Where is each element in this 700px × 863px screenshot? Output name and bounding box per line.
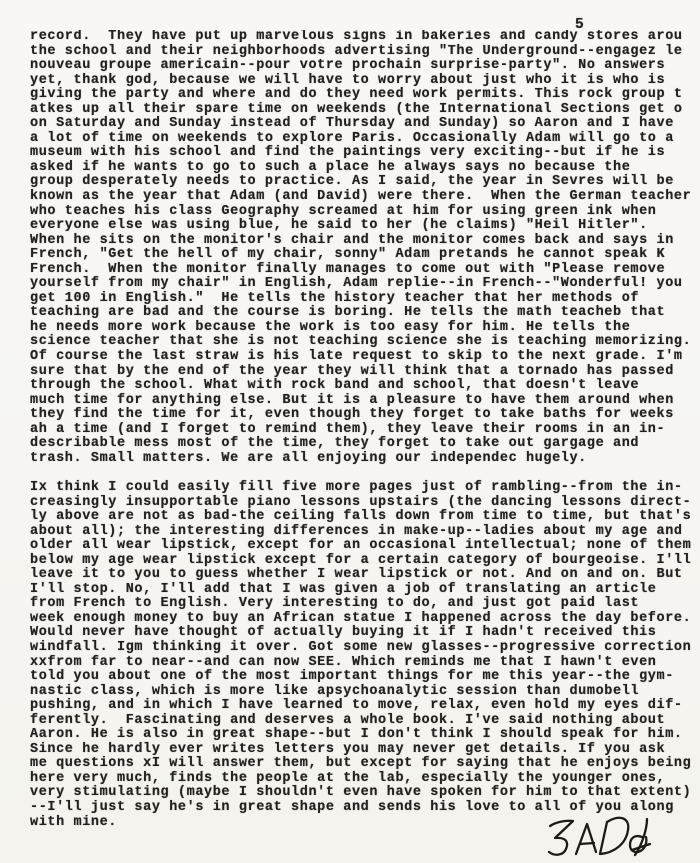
text-line: older all wear lipstick, except for an o… (30, 539, 700, 554)
text-line: record. They have put up marvelous signs… (30, 30, 700, 45)
text-line: French, "Get the hell of my chair, sonny… (30, 248, 700, 263)
paragraph: Ix think I could easily fill five more p… (30, 481, 700, 830)
text-line: known as the year that Adam (and David) … (30, 190, 700, 205)
text-line: nastic class, which is more like apsycho… (30, 685, 700, 700)
text-line: ly above are not as bad-the ceiling fall… (30, 510, 700, 525)
text-line: museum with his school and find the pain… (30, 146, 700, 161)
signature-scrawl (546, 811, 652, 858)
text-line: windfall. Igm thinking it over. Got some… (30, 641, 700, 656)
text-line: describable mess most of the time, they … (30, 437, 700, 452)
text-line: the school and their neighborhoods adver… (30, 45, 700, 60)
text-line: science teacher that she is not teaching… (30, 335, 700, 350)
text-line: teaching are bad and the course is borin… (30, 306, 700, 321)
paragraph: record. They have put up marvelous signs… (30, 30, 700, 466)
text-line: giving the party and where and do they n… (30, 88, 700, 103)
text-line: Of course the last straw is his late req… (30, 350, 700, 365)
letter-page: 5 record. They have put up marvelous sig… (0, 0, 700, 863)
text-line: Ix think I could easily fill five more p… (30, 481, 700, 496)
text-line: Would never have thought of actually buy… (30, 626, 700, 641)
text-line: yet, thank god, because we will have to … (30, 74, 700, 89)
text-line: yourself from my chair" in English, Adam… (30, 277, 700, 292)
text-line: trash. Small matters. We are all enjoyin… (30, 452, 700, 467)
text-line: leave it to you to guess whether I wear … (30, 568, 700, 583)
text-line: very stimulating (maybe I shouldn't even… (30, 786, 700, 801)
text-line: told you about one of the most important… (30, 670, 700, 685)
text-line: they find the time for it, even though t… (30, 408, 700, 423)
text-line: pushing, and in which I have learned to … (30, 699, 700, 714)
text-line: on Saturday and Sunday instead of Thursd… (30, 117, 700, 132)
text-line: everyone else was using blue, he said to… (30, 219, 700, 234)
text-line: nouveau groupe americain--pour votre pro… (30, 59, 700, 74)
text-line: who teaches his class Geography screamed… (30, 205, 700, 220)
text-line: me questions xI will answer them, but ex… (30, 757, 700, 772)
text-line: Aaron. He is also in great shape--but I … (30, 728, 700, 743)
text-line: through the school. What with rock band … (30, 379, 700, 394)
text-line: from French to English. Very interesting… (30, 597, 700, 612)
letter-body: record. They have put up marvelous signs… (30, 30, 700, 863)
text-line: xxfrom far to near--and can now SEE. Whi… (30, 656, 700, 671)
text-line: about all); the interesting differences … (30, 525, 700, 540)
text-line: group desperately needs to practice. As … (30, 175, 700, 190)
text-line: sure that by the end of the year they wi… (30, 365, 700, 380)
text-line: creasingly insupportable piano lessons u… (30, 496, 700, 511)
